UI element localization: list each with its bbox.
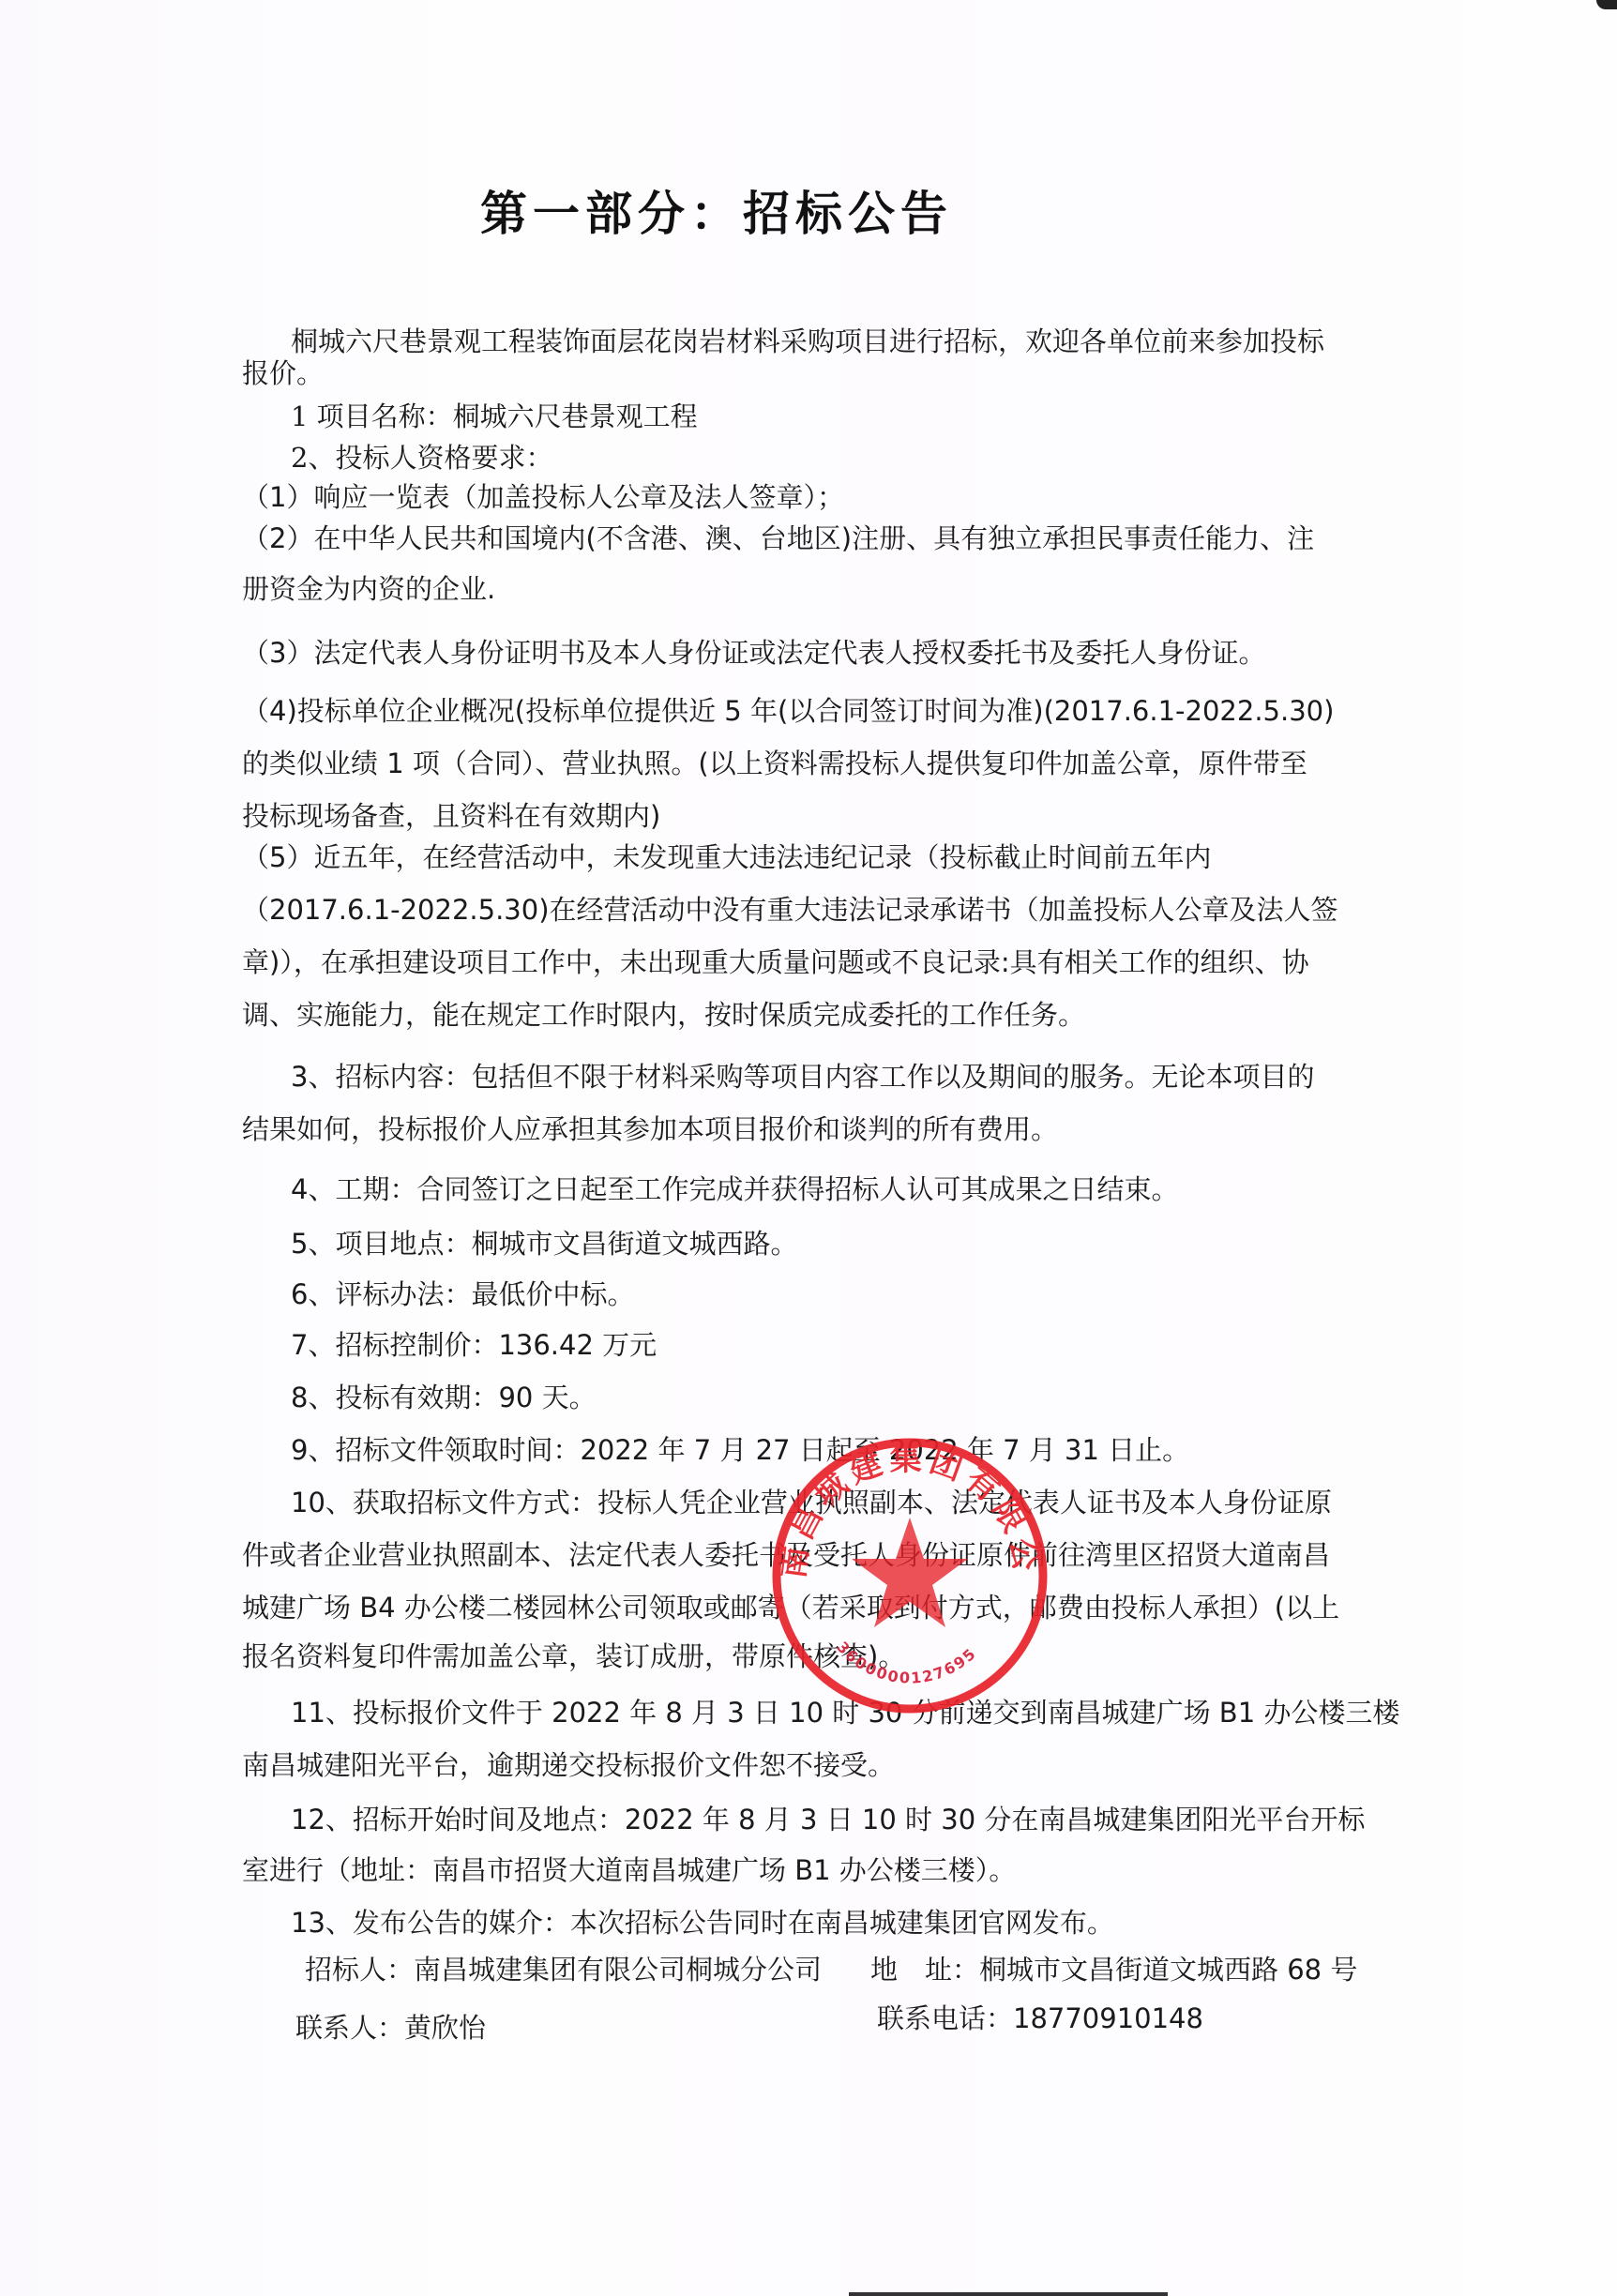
qualification-4-line-3: 投标现场备查，且资料在有效期内) [242, 799, 660, 833]
section-8-validity: 8、投标有效期：90 天。 [291, 1381, 597, 1414]
section-4-duration: 4、工期：合同签订之日起至工作完成并获得招标人认可其成果之日结束。 [291, 1172, 1178, 1206]
section-12-line-2: 室进行（地址：南昌市招贤大道南昌城建广场 B1 办公楼三楼）。 [242, 1853, 1016, 1887]
section-10-line-2: 件或者企业营业执照副本、法定代表人委托书及受托人身份证原件前往湾里区招贤大道南昌 [242, 1538, 1330, 1572]
scanned-page: 第一部分：招标公告 桐城六尺巷景观工程装饰面层花岗岩材料采购项目进行招标，欢迎各… [0, 0, 1617, 2296]
intro-line-2: 报价。 [242, 356, 324, 390]
qualification-2-line-2: 册资金为内资的企业. [242, 572, 495, 606]
section-6-evaluation: 6、评标办法：最低价中标。 [291, 1277, 634, 1311]
footer-tenderer: 招标人：南昌城建集团有限公司桐城分公司 [305, 1953, 822, 1986]
intro-line-1: 桐城六尺巷景观工程装饰面层花岗岩材料采购项目进行招标，欢迎各单位前来参加投标 [291, 325, 1324, 358]
qualification-1: （1）响应一览表（加盖投标人公章及法人签章）； [242, 480, 844, 514]
qualification-3: （3）法定代表人身份证明书及本人身份证或法定代表人授权委托书及委托人身份证。 [242, 636, 1265, 670]
footer-phone: 联系电话：18770910148 [877, 2001, 1203, 2035]
qualification-5-line-3: 章)），在承担建设项目工作中，未出现重大质量问题或不良记录:具有相关工作的组织、… [242, 945, 1309, 979]
qualification-4-line-1: （4)投标单位企业概况(投标单位提供近 5 年(以合同签订时间为准)(2017.… [242, 694, 1334, 728]
scan-bottom-mark [849, 2292, 1168, 2296]
section-10-line-3: 城建广场 B4 办公楼二楼园林公司领取或邮寄（若采取到付方式，邮费由投标人承担）… [242, 1591, 1339, 1624]
section-10-line-4: 报名资料复印件需加盖公章，装订成册，带原件核查)。 [242, 1639, 905, 1673]
company-seal-stamp: 南昌城建集团有限公司 3600000127695 [769, 1435, 1050, 1716]
seal-icon: 南昌城建集团有限公司 3600000127695 [769, 1435, 1050, 1716]
section-7-control-price: 7、招标控制价：136.42 万元 [291, 1328, 657, 1362]
footer-contact-person: 联系人：黄欣怡 [295, 2011, 486, 2045]
section-5-location: 5、项目地点：桐城市文昌街道文城西路。 [291, 1227, 797, 1261]
scan-edge-mark [1596, 0, 1617, 9]
page-title: 第一部分：招标公告 [480, 176, 953, 244]
section-11-line-1: 11、投标报价文件于 2022 年 8 月 3 日 10 时 30 分前递交到南… [291, 1696, 1399, 1730]
section-10-line-1: 10、获取招标文件方式：投标人凭企业营业执照副本、法定代表人证书及本人身份证原 [291, 1486, 1332, 1519]
section-13-media: 13、发布公告的媒介：本次招标公告同时在南昌城建集团官网发布。 [291, 1906, 1114, 1940]
qualification-2-line-1: （2）在中华人民共和国境内(不含港、澳、台地区)注册、具有独立承担民事责任能力、… [242, 521, 1314, 555]
section-3-line-1: 3、招标内容：包括但不限于材料采购等项目内容工作以及期间的服务。无论本项目的 [291, 1060, 1314, 1094]
section-3-line-2: 结果如何，投标报价人应承担其参加本项目报价和谈判的所有费用。 [242, 1112, 1058, 1146]
section-2-heading: 2、投标人资格要求： [291, 441, 552, 475]
qualification-5-line-2: （2017.6.1-2022.5.30)在经营活动中没有重大违法记录承诺书（加盖… [242, 893, 1338, 927]
qualification-5-line-4: 调、实施能力，能在规定工作时限内，按时保质完成委托的工作任务。 [242, 998, 1085, 1032]
section-1-project-name: 1 项目名称：桐城六尺巷景观工程 [291, 400, 698, 433]
qualification-4-line-2: 的类似业绩 1 项（合同）、营业执照。(以上资料需投标人提供复印件加盖公章，原件… [242, 747, 1307, 780]
qualification-5-line-1: （5）近五年，在经营活动中，未发现重大违法违纪记录（投标截止时间前五年内 [242, 840, 1211, 874]
section-12-line-1: 12、招标开始时间及地点：2022 年 8 月 3 日 10 时 30 分在南昌… [291, 1803, 1365, 1836]
section-11-line-2: 南昌城建阳光平台，逾期递交投标报价文件恕不接受。 [242, 1748, 895, 1782]
section-9-document-period: 9、招标文件领取时间：2022 年 7 月 27 日起至 2022 年 7 月 … [291, 1433, 1189, 1467]
footer-address: 地 址：桐城市文昌街道文城西路 68 号 [870, 1953, 1357, 1986]
